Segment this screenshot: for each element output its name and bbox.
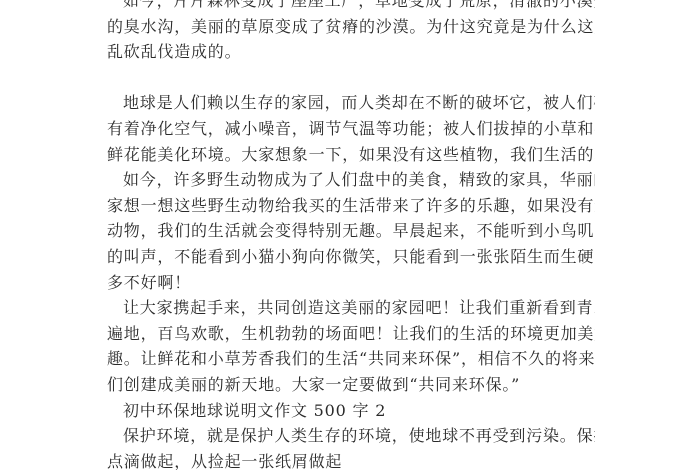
paragraph-forests-to-factories: 如今，片片森林变成了座座工厂，草地变成了荒原，清澈的小溪变成了浑浊 的臭水沟，美… <box>107 0 595 65</box>
text-line: 多不好啊！ <box>107 270 595 296</box>
text-line: 让大家携起手来，共同创造这美丽的家园吧！让我们重新看到青山绿水，鲜花 <box>107 295 595 321</box>
text-line: 的臭水沟，美丽的草原变成了贫瘠的沙漠。为什这究竟是为什么这是因为人们 <box>107 14 595 40</box>
text-line: 有着净化空气，减小噪音，调节气温等功能；被人们拔掉的小草和被人们摘掉的 <box>107 116 595 142</box>
text-line: 地球是人们赖以生存的家园，而人类却在不断的破坏它，被人们砍伐掉的树 <box>107 90 595 116</box>
section-heading: 初中环保地球说明文作文 500 字 2 <box>107 398 595 424</box>
text-line: 如今，片片森林变成了座座工厂，草地变成了荒原，清澈的小溪变成了浑浊 <box>107 0 595 14</box>
text-line: 遍地，百鸟欢歌，生机勃勃的场面吧！让我们的生活的环境更加美好，更加有 <box>107 321 595 347</box>
text-line: 动物，我们的生活就会变得特别无趣。早晨起来，不能听到小鸟叽叽喳喳清脆 <box>107 218 595 244</box>
text-line: 们创建成美丽的新天地。大家一定要做到“共同来环保。” <box>107 372 595 398</box>
text-line: 乱砍乱伐造成的。 <box>107 39 595 65</box>
text-line: 点滴做起，从捡起一张纸屑做起 <box>107 449 595 470</box>
paragraph-protect-environment: 保护环境，就是保护人类生存的环境，使地球不再受到污染。保护环境，从 点滴做起，从… <box>107 423 595 470</box>
text-line: 的叫声，不能看到小猫小狗向你微笑，只能看到一张张陌生而生硬的面孔，那 <box>107 244 595 270</box>
document-page: 如今，片片森林变成了座座工厂，草地变成了荒原，清澈的小溪变成了浑浊 的臭水沟，美… <box>0 0 700 470</box>
paragraph-wild-animals: 如今，许多野生动物成为了人们盘中的美食，精致的家具，华丽的服饰。大 家想一想这些… <box>107 167 595 295</box>
text-line: 家想一想这些野生动物给我买的生活带来了许多的乐趣，如果没有这些可爱的 <box>107 193 595 219</box>
paragraph-join-hands: 让大家携起手来，共同创造这美丽的家园吧！让我们重新看到青山绿水，鲜花 遍地，百鸟… <box>107 295 595 397</box>
text-line: 鲜花能美化环境。大家想象一下，如果没有这些植物，我们生活的环境会怎样 <box>107 142 595 168</box>
text-line: 如今，许多野生动物成为了人们盘中的美食，精致的家具，华丽的服饰。大 <box>107 167 595 193</box>
paragraph-earth-home: 地球是人们赖以生存的家园，而人类却在不断的破坏它，被人们砍伐掉的树 有着净化空气… <box>107 90 595 167</box>
text-line: 保护环境，就是保护人类生存的环境，使地球不再受到污染。保护环境，从 <box>107 423 595 449</box>
paragraph-gap <box>107 65 595 91</box>
document-body: 如今，片片森林变成了座座工厂，草地变成了荒原，清澈的小溪变成了浑浊 的臭水沟，美… <box>107 0 595 470</box>
text-line: 趣。让鲜花和小草芳香我们的生活“共同来环保”，相信不久的将来地球将被我 <box>107 346 595 372</box>
